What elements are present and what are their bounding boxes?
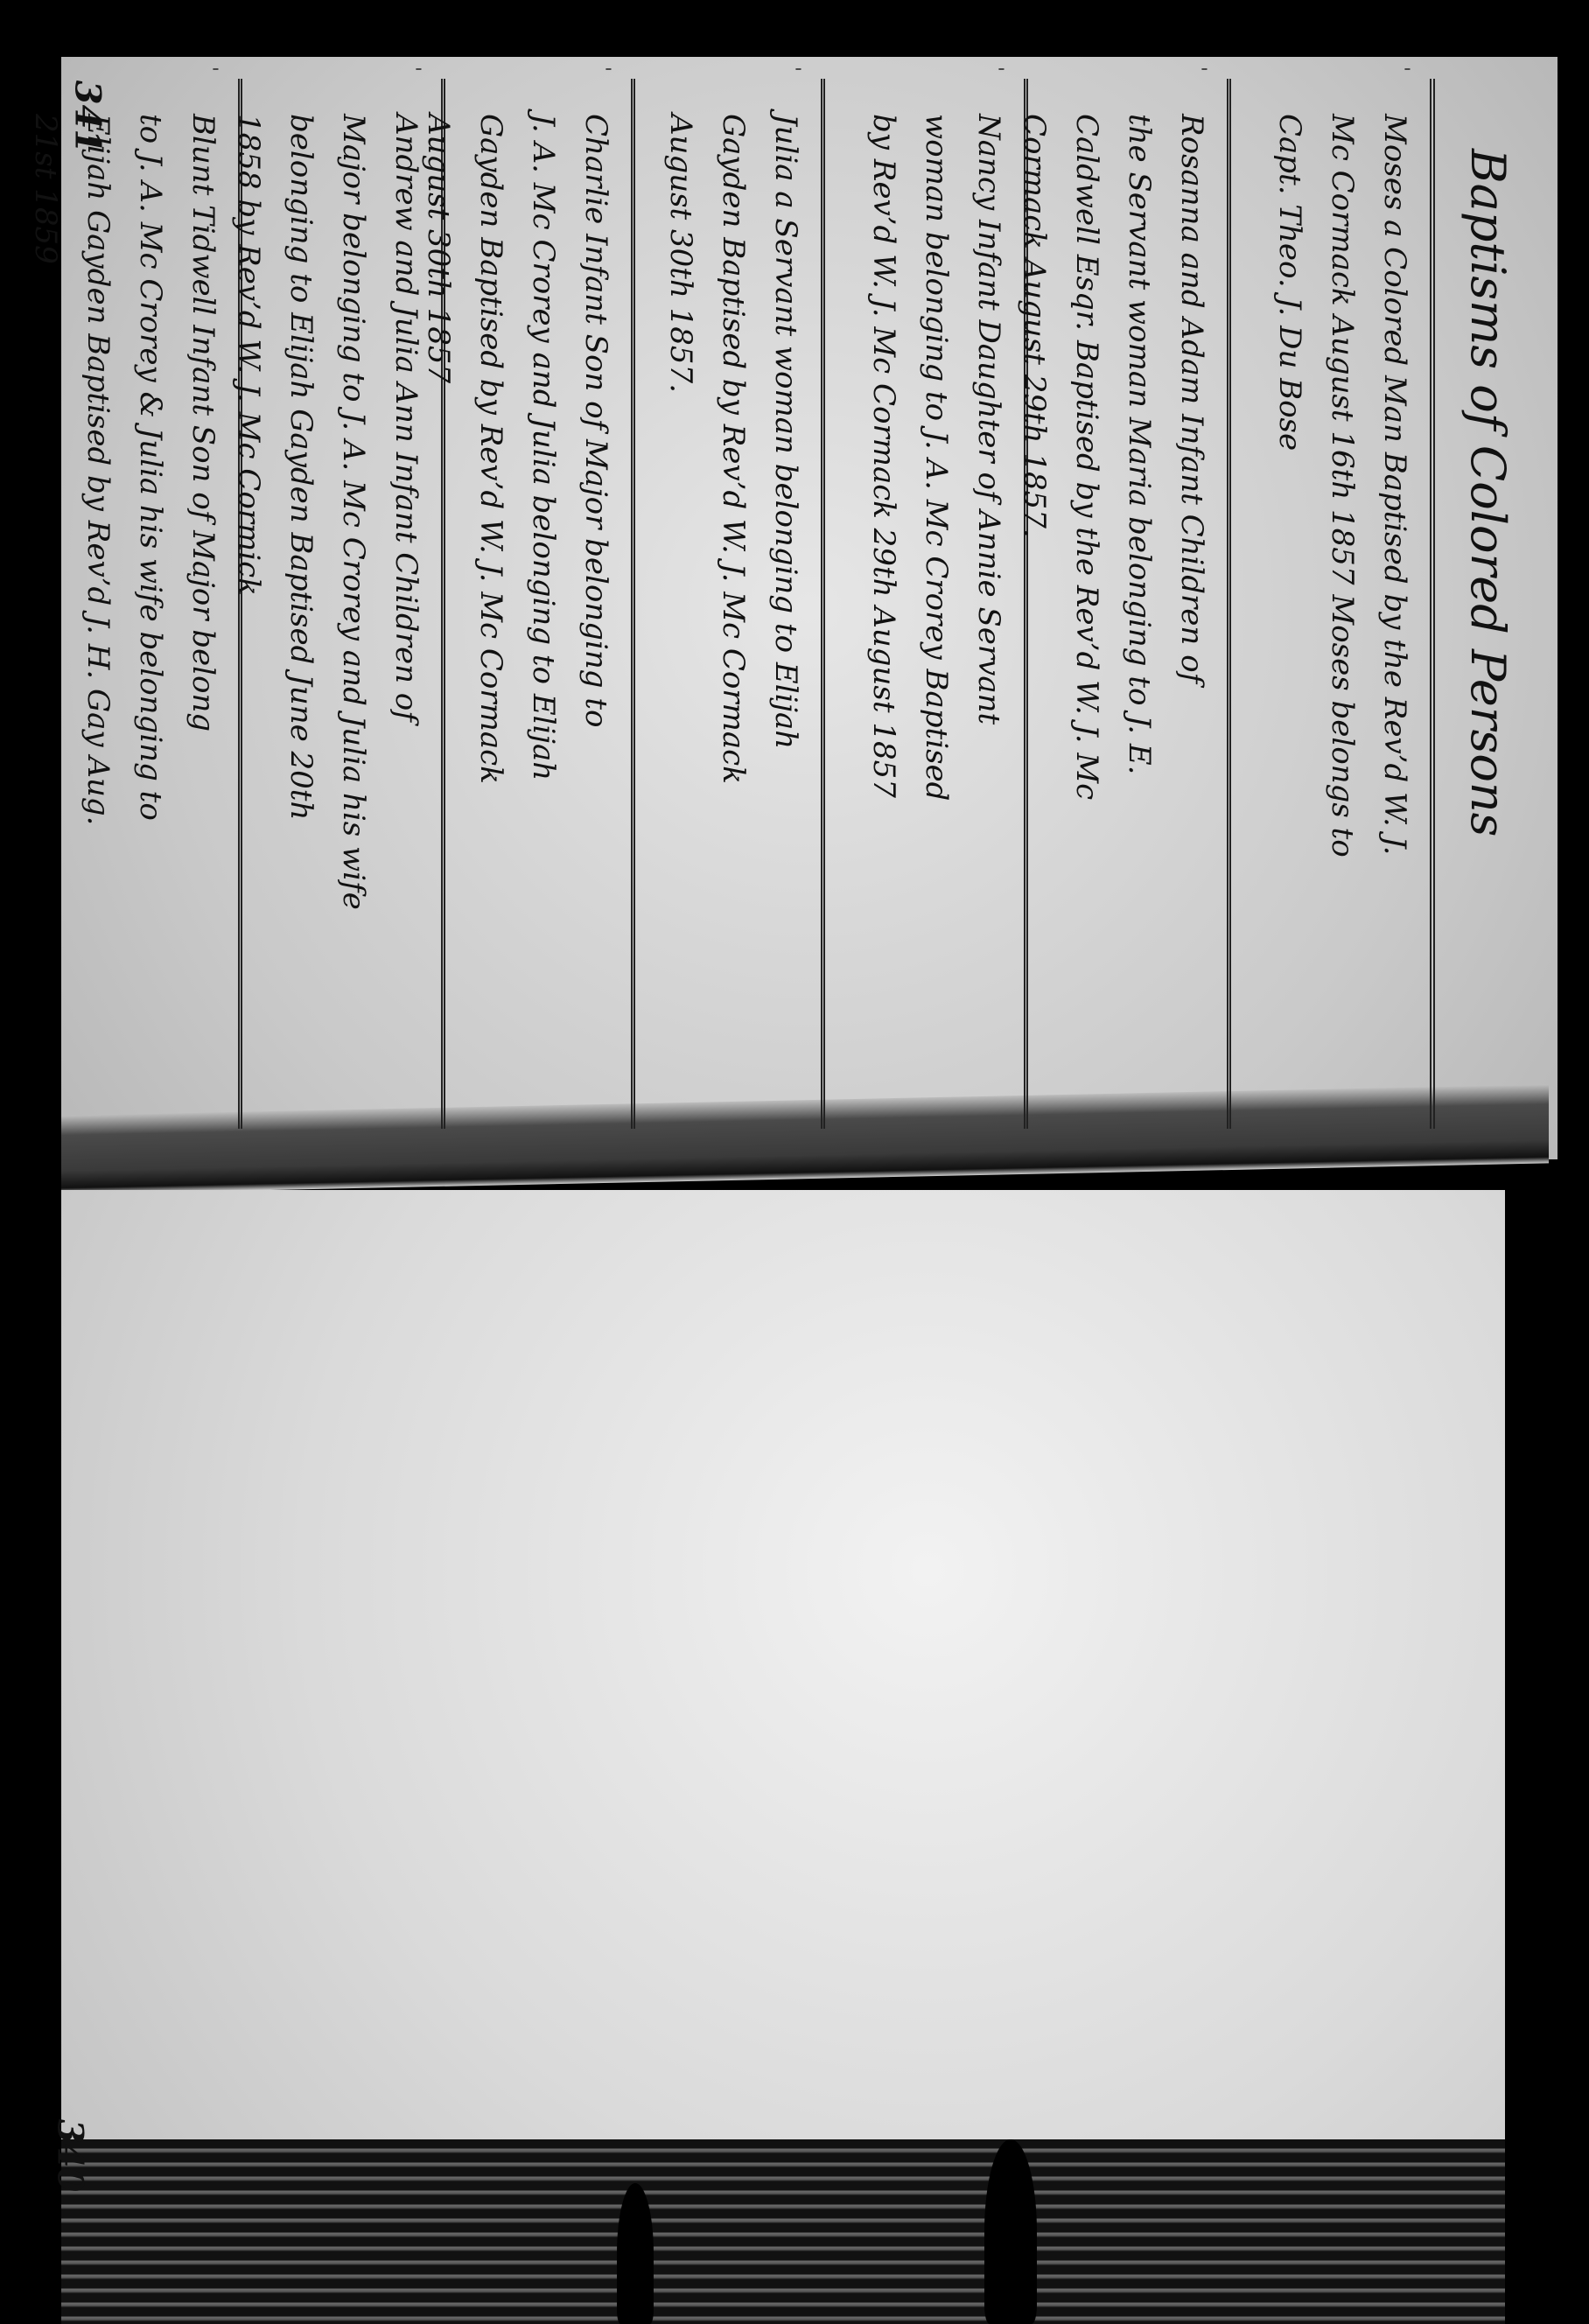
entry-line: August 30th 1857. — [654, 114, 707, 1102]
register-entry: ' Andrew and Julia Ann Infant Children o… — [238, 79, 441, 1129]
entry-line: Capt. Theo. J. Du Bose — [1263, 114, 1316, 1102]
entry-tick-mark: ' — [591, 66, 613, 72]
page-340-blank — [61, 1190, 1505, 2139]
entry-line: Julia a Servant woman belonging to Elija… — [759, 114, 812, 1102]
page-number-340: 340 — [49, 2119, 90, 2193]
entry-line: to J. A. Mc Crorey & Julia his wife belo… — [124, 114, 177, 1102]
register-entry: ' Blunt Tidwell Infant Son of Major belo… — [39, 79, 238, 1129]
entry-line: Major belonging to J. A. Mc Crorey and J… — [327, 114, 380, 1102]
register-entry: ' Rosanna and Adam Infant Children of th… — [1024, 79, 1227, 1129]
entry-line: Nancy Infant Daughter of Annie Servant — [962, 114, 1015, 1102]
entry-line: Elijah Gayden Baptised by Rev’d J. H. Ga… — [72, 114, 124, 1102]
entry-tick-mark: ' — [1187, 66, 1209, 72]
entry-line: by Rev’d W. J. Mc Cormack 29th August 18… — [857, 114, 910, 1102]
entry-line: Rosanna and Adam Infant Children of — [1165, 114, 1218, 1102]
entry-tick-mark: ' — [984, 66, 1006, 72]
entry-tick-mark: ' — [199, 66, 220, 72]
entry-line: 21st 1859 — [19, 114, 72, 1102]
entry-line: the Servant woman Maria belonging to J. … — [1113, 114, 1165, 1102]
entry-line: belonging to Elijah Gayden Baptised June… — [275, 114, 327, 1102]
entry-tick-mark: ' — [781, 66, 803, 72]
entry-line: woman belonging to J. A. Mc Crorey Bapti… — [910, 114, 962, 1102]
entry-line: Andrew and Julia Ann Infant Children of — [380, 114, 432, 1102]
book-fore-edge — [61, 2139, 1505, 2324]
entry-line: Gayden Baptised by Rev’d W. J. Mc Cormac… — [465, 114, 517, 1102]
register-title: Baptisms of Colored Persons — [1430, 79, 1540, 1129]
clip-shadow-right — [984, 2139, 1037, 2324]
baptism-register: Baptisms of Colored Persons ' Moses a Co… — [105, 79, 1540, 1129]
register-entry: ' Moses a Colored Man Baptised by the Re… — [1227, 79, 1430, 1129]
entry-line: J. A. Mc Crorey and Julia belonging to E… — [517, 114, 570, 1102]
entry-line: Moses a Colored Man Baptised by the Rev’… — [1368, 114, 1421, 1102]
entry-line: Caldwell Esqr. Baptised by the Rev’d W. … — [1060, 114, 1113, 1102]
entry-tick-mark: ' — [1390, 66, 1412, 72]
entry-line: Gayden Baptised by Rev’d W. J. Mc Cormac… — [707, 114, 759, 1102]
entry-line: Mc Cormack August 16th 1857 Moses belong… — [1316, 114, 1368, 1102]
register-entry: ' Nancy Infant Daughter of Annie Servant… — [821, 79, 1024, 1129]
clip-shadow-left — [617, 2183, 654, 2324]
register-entry: ' Charlie Infant Son of Major belonging … — [441, 79, 631, 1129]
entry-tick-mark: ' — [402, 66, 423, 72]
entry-line: Charlie Infant Son of Major belonging to — [570, 114, 622, 1102]
register-entry: ' Julia a Servant woman belonging to Eli… — [631, 79, 821, 1129]
entry-line: Blunt Tidwell Infant Son of Major belong — [177, 114, 229, 1102]
